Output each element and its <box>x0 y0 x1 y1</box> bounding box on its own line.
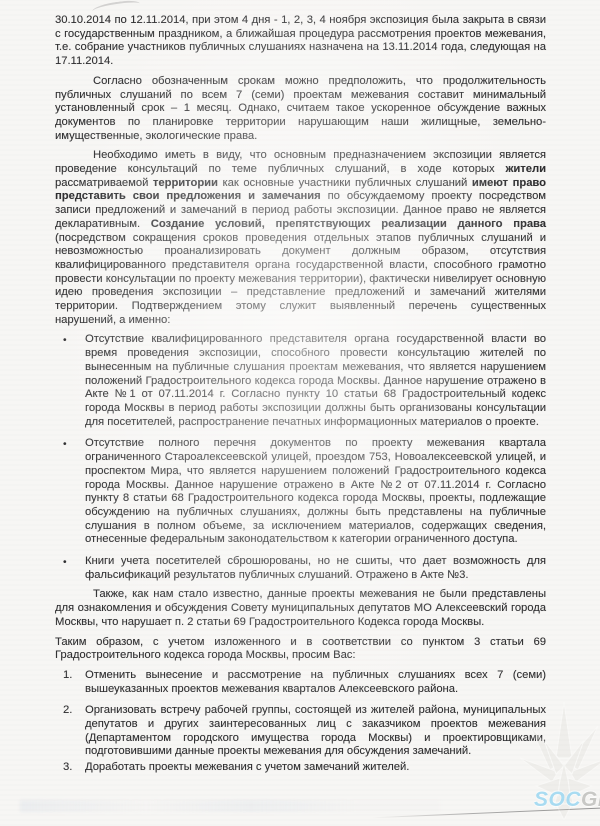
list-item: •Книги учета посетителей сброшюрованы, н… <box>55 555 546 582</box>
bullet-icon: • <box>55 333 85 429</box>
bold-text-run: жители <box>506 163 547 175</box>
list-item-text: Отменить вынесение и рассмотрение на пуб… <box>85 669 546 696</box>
list-item: 2.Организовать встречу рабочей группы, с… <box>55 704 546 759</box>
bullet-list: •Отсутствие квалифицированного представи… <box>55 333 546 582</box>
document-body: 30.10.2014 по 12.11.2014, при этом 4 дня… <box>55 14 546 781</box>
list-item-text: Организовать встречу рабочей группы, сос… <box>85 704 546 759</box>
list-item: 3.Доработать проекты межевания с учетом … <box>55 761 546 775</box>
text-run: рассматриваемой <box>55 177 153 189</box>
list-item-text: Книги учета посетителей сброшюрованы, но… <box>85 555 546 582</box>
watermark-soc: SOC <box>534 788 581 811</box>
paragraph: Необходимо иметь в виду, что основным пр… <box>55 149 546 327</box>
list-item-text: Отсутствие квалифицированного представит… <box>85 333 546 429</box>
bullet-icon: • <box>55 555 85 582</box>
scan-smudge <box>20 800 440 812</box>
item-number: 2. <box>55 704 85 759</box>
paragraph: Согласно обозначенным срокам можно предп… <box>55 75 546 144</box>
text-run: Необходимо иметь в виду, что основным пр… <box>55 149 546 175</box>
bullet-icon: • <box>55 437 85 547</box>
document-page: { "document": { "blocks": [ { "type": "p… <box>0 0 600 826</box>
text-run: 30.10.2014 по 12.11.2014, при этом 4 дня… <box>55 14 546 67</box>
paragraph: Также, как нам стало известно, данные пр… <box>55 588 546 629</box>
bold-text-run: Создание условий, препятствующих реализа… <box>151 218 546 230</box>
list-item-text: Отсутствие полного перечня документов по… <box>85 437 546 547</box>
item-number: 1. <box>55 669 85 696</box>
paragraph: Таким образом, с учетом изложенного и в … <box>55 636 546 663</box>
item-number: 3. <box>55 761 85 775</box>
text-run: Согласно обозначенным срокам можно предп… <box>55 75 546 142</box>
bold-text-run: территории <box>153 177 218 189</box>
list-item-text: Доработать проекты межевания с учетом за… <box>85 761 546 775</box>
paragraph: 30.10.2014 по 12.11.2014, при этом 4 дня… <box>55 14 546 69</box>
text-run: Таким образом, с учетом изложенного и в … <box>55 636 546 662</box>
list-item: •Отсутствие полного перечня документов п… <box>55 437 546 547</box>
text-run: (посредством сокращения сроков проведени… <box>55 232 546 326</box>
text-run: Также, как нам стало известно, данные пр… <box>55 588 546 627</box>
list-item: •Отсутствие квалифицированного представи… <box>55 333 546 429</box>
numbered-list: 1.Отменить вынесение и рассмотрение на п… <box>55 669 546 775</box>
list-item: 1.Отменить вынесение и рассмотрение на п… <box>55 669 546 696</box>
text-run: как основные участники публичных слушани… <box>218 177 472 189</box>
